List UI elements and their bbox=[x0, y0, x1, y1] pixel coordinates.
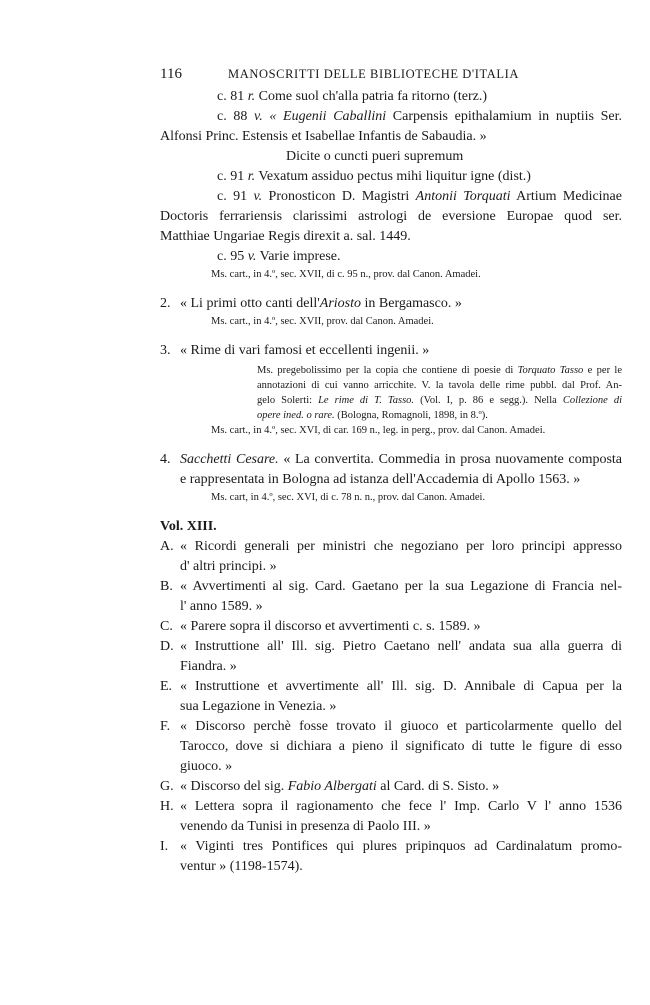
text: « Discorso perchè fosse trovato il giuoc… bbox=[180, 719, 622, 734]
volume-item-a-cont: d' altri principi. » bbox=[160, 557, 622, 577]
entry-4: 4.Sacchetti Cesare. « La convertita. Com… bbox=[160, 450, 622, 505]
page-header: 116 MANOSCRITTI DELLE BIBLIOTECHE D'ITAL… bbox=[160, 66, 622, 86]
text: Come suol ch'alla patria fa ritorno (ter… bbox=[255, 89, 487, 104]
text: « Li primi otto canti dell' bbox=[180, 296, 320, 311]
entry-1: c. 81 r. Come suol ch'alla patria fa rit… bbox=[160, 87, 622, 282]
item-letter: H. bbox=[160, 797, 174, 817]
italic-text: r. bbox=[248, 89, 255, 104]
text: Vexatum assiduo pectus mihi liquitur ign… bbox=[255, 169, 531, 184]
entry-1-line: c. 81 r. Come suol ch'alla patria fa rit… bbox=[160, 87, 622, 107]
text: c. 88 bbox=[217, 109, 254, 124]
entry-1-line: Doctoris ferrariensis clarissimi astrolo… bbox=[160, 207, 622, 227]
item-letter: F. bbox=[160, 717, 170, 737]
entry-3-note: Ms. cart., in 4.º, sec. XVI, di car. 169… bbox=[160, 423, 622, 438]
text: al Card. di S. Sisto. » bbox=[377, 779, 500, 794]
text: Carpensis epithalamium in nuptiis Ser. bbox=[386, 109, 622, 124]
entry-4-note: Ms. cart, in 4.º, sec. XVI, di c. 78 n. … bbox=[160, 490, 622, 505]
italic-text: Antonii Torquati bbox=[416, 189, 511, 204]
text: « Ricordi generali per ministri che nego… bbox=[180, 539, 622, 554]
volume-item-f-cont: giuoco. » bbox=[160, 757, 622, 777]
text: Artium Medicinae bbox=[510, 189, 622, 204]
entry-1-line: c. 88 v. « Eugenii Caballini Carpensis e… bbox=[160, 107, 622, 127]
volume-item-g: G.« Discorso del sig. Fabio Albergati al… bbox=[160, 777, 622, 797]
entry-2: 2.« Li primi otto canti dell'Ariosto in … bbox=[160, 294, 622, 329]
volume-items: A.« Ricordi generali per ministri che ne… bbox=[160, 537, 622, 877]
text: c. 95 bbox=[217, 249, 248, 264]
entry-1-note: Ms. cart., in 4.º, sec. XVII, di c. 95 n… bbox=[160, 267, 622, 282]
italic-text: Le rime di T. Tasso. bbox=[318, 395, 414, 406]
text: c. 91 bbox=[217, 189, 253, 204]
volume-item-e-cont: sua Legazione in Venezia. » bbox=[160, 697, 622, 717]
entry-1-line: Matthiae Ungariae Regis direxit a. sal. … bbox=[160, 227, 622, 247]
volume-item-i-cont: ventur » (1198-1574). bbox=[160, 857, 622, 877]
italic-text: Fabio Albergati bbox=[288, 779, 377, 794]
running-title: MANOSCRITTI DELLE BIBLIOTECHE D'ITALIA bbox=[228, 67, 519, 82]
volume-item-a: A.« Ricordi generali per ministri che ne… bbox=[160, 537, 622, 557]
volume-item-c: C.« Parere sopra il discorso et avvertim… bbox=[160, 617, 622, 637]
text: e per le bbox=[583, 365, 622, 376]
volume-item-f: F.« Discorso perchè fosse trovato il giu… bbox=[160, 717, 622, 737]
author-name: Sacchetti Cesare. bbox=[180, 452, 279, 467]
italic-text: Torquato Tasso bbox=[518, 365, 584, 376]
text: « Avvertimenti al sig. Card. Gaetano per… bbox=[180, 579, 622, 594]
item-letter: I. bbox=[160, 837, 168, 857]
item-letter: G. bbox=[160, 777, 174, 797]
volume-item-f-cont: Tarocco, dove si dichiara a pieno il sig… bbox=[160, 737, 622, 757]
entry-number: 3. bbox=[160, 341, 171, 361]
volume-item-h-cont: venendo da Tunisi in presenza di Paolo I… bbox=[160, 817, 622, 837]
item-letter: D. bbox=[160, 637, 174, 657]
text: « Instruttione all' Ill. sig. Pietro Cae… bbox=[180, 639, 622, 654]
italic-text: v. bbox=[253, 189, 262, 204]
document-page: 116 MANOSCRITTI DELLE BIBLIOTECHE D'ITAL… bbox=[160, 66, 622, 877]
volume-heading: Vol. XIII. bbox=[160, 517, 622, 537]
entry-3-description: Ms. pregebolissimo per la copia che cont… bbox=[160, 363, 622, 423]
text: Varie imprese. bbox=[256, 249, 340, 264]
text: c. 81 bbox=[217, 89, 248, 104]
text: (Bologna, Romagnoli, 1898, in 8.º). bbox=[335, 410, 488, 421]
entry-2-title: 2.« Li primi otto canti dell'Ariosto in … bbox=[160, 294, 622, 314]
text: « Viginti tres Pontifices qui plures pri… bbox=[180, 839, 622, 854]
text: « Discorso del sig. bbox=[180, 779, 288, 794]
text: « La convertita. Commedia in prosa nuova… bbox=[279, 452, 622, 467]
entry-2-note: Ms. cart., in 4.º, sec. XVII, prov. dal … bbox=[160, 314, 622, 329]
italic-text: r. bbox=[248, 169, 255, 184]
item-letter: C. bbox=[160, 617, 173, 637]
text: « Instruttione et avvertimente all' Ill.… bbox=[180, 679, 622, 694]
volume-item-b: B.« Avvertimenti al sig. Card. Gaetano p… bbox=[160, 577, 622, 597]
text: gelo Solerti: bbox=[257, 395, 318, 406]
desc-line: Ms. pregebolissimo per la copia che cont… bbox=[257, 363, 622, 378]
italic-text: Collezione di bbox=[563, 395, 622, 406]
desc-line: gelo Solerti: Le rime di T. Tasso. (Vol.… bbox=[257, 393, 622, 408]
item-letter: E. bbox=[160, 677, 172, 697]
entry-1-line: c. 91 r. Vexatum assiduo pectus mihi liq… bbox=[160, 167, 622, 187]
poem-incipit: Dicite o cuncti pueri supremum bbox=[160, 147, 622, 167]
text: « Rime di vari famosi et eccellenti inge… bbox=[180, 343, 429, 358]
entry-1-line: c. 91 v. Pronosticon D. Magistri Antonii… bbox=[160, 187, 622, 207]
entry-1-line: Alfonsi Princ. Estensis et Isabellae Inf… bbox=[160, 127, 622, 147]
volume-item-h: H.« Lettera sopra il ragionamento che fe… bbox=[160, 797, 622, 817]
entry-3: 3.« Rime di vari famosi et eccellenti in… bbox=[160, 341, 622, 438]
desc-line: annotazioni di cui vanno arricchite. V. … bbox=[257, 378, 622, 393]
entry-3-title: 3.« Rime di vari famosi et eccellenti in… bbox=[160, 341, 622, 361]
italic-text: opere ined. o rare. bbox=[257, 410, 335, 421]
volume-item-e: E.« Instruttione et avvertimente all' Il… bbox=[160, 677, 622, 697]
italic-text: v. « Eugenii Caballini bbox=[254, 109, 386, 124]
text: Pronosticon D. Magistri bbox=[262, 189, 415, 204]
volume-item-i: I.« Viginti tres Pontifices qui plures p… bbox=[160, 837, 622, 857]
entry-4-title: 4.Sacchetti Cesare. « La convertita. Com… bbox=[160, 450, 622, 470]
entry-number: 4. bbox=[160, 450, 171, 470]
text: « Lettera sopra il ragionamento che fece… bbox=[180, 799, 622, 814]
desc-line: opere ined. o rare. (Bologna, Romagnoli,… bbox=[257, 408, 622, 423]
entry-number: 2. bbox=[160, 294, 171, 314]
text: Ms. pregebolissimo per la copia che cont… bbox=[257, 365, 518, 376]
text: « Parere sopra il discorso et avvertimen… bbox=[180, 619, 481, 634]
item-letter: B. bbox=[160, 577, 173, 597]
volume-item-d: D.« Instruttione all' Ill. sig. Pietro C… bbox=[160, 637, 622, 657]
text: (Vol. I, p. 86 e segg.). Nella bbox=[414, 395, 563, 406]
entry-4-title-cont: e rappresentata in Bologna ad istanza de… bbox=[160, 470, 622, 490]
text: c. 91 bbox=[217, 169, 248, 184]
italic-text: Ariosto bbox=[320, 296, 361, 311]
item-letter: A. bbox=[160, 537, 174, 557]
volume-item-d-cont: Fiandra. » bbox=[160, 657, 622, 677]
page-number: 116 bbox=[160, 66, 182, 83]
text: in Bergamasco. » bbox=[361, 296, 462, 311]
entry-1-line: c. 95 v. Varie imprese. bbox=[160, 247, 622, 267]
volume-item-b-cont: l' anno 1589. » bbox=[160, 597, 622, 617]
